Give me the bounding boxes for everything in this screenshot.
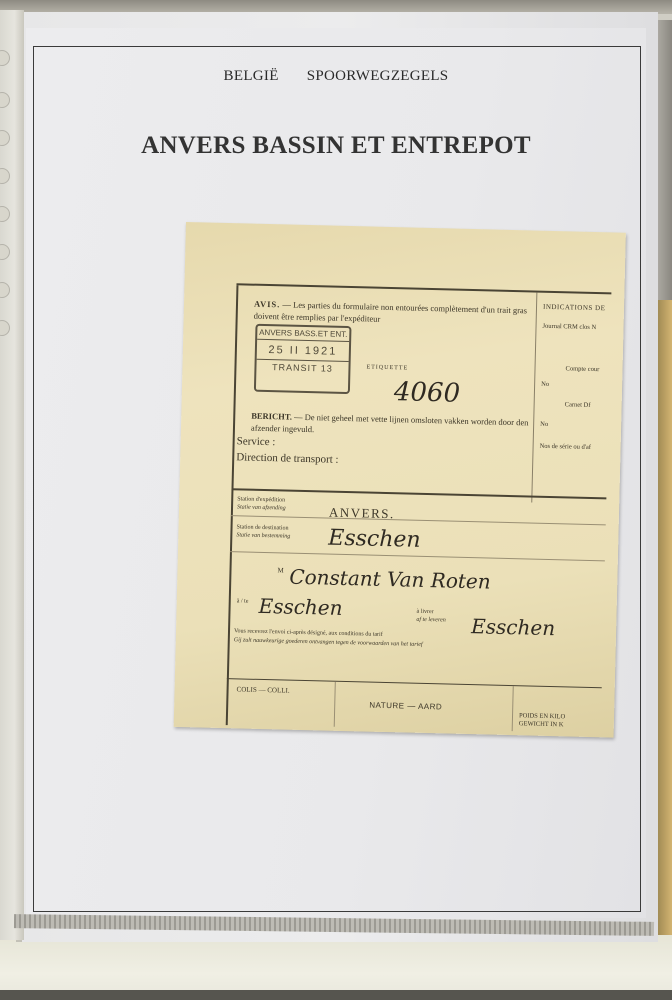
direction-label: Direction de transport : [236, 451, 339, 465]
recipient-address: Esschen [258, 594, 342, 620]
expedition-label: Station d'expédition Statie van afzendin… [237, 495, 286, 512]
page-header: BELGIË SPOORWEGZEGELS [0, 68, 672, 85]
shelf-edge [0, 990, 672, 1000]
no-label-1: No [541, 381, 549, 388]
compte-label: Compte cour [565, 365, 599, 373]
etiquette-label: ETIQUETTE [366, 364, 408, 371]
station-postmark: ANVERS BASS.ET ENT. 25 II 1921 TRANSIT 1… [254, 324, 352, 394]
destination-label: Station de destination Statie van bestem… [236, 523, 290, 540]
bericht-label: BERICHT. [251, 411, 292, 422]
indications-heading: INDICATIONS DE [543, 303, 606, 313]
livrer-label-nl: af te leveren [416, 616, 446, 625]
punch-hole [0, 320, 10, 336]
punch-hole [0, 244, 10, 260]
railway-consignment-note: AVIS. — Les parties du formulaire non en… [174, 222, 626, 738]
service-label: Service : [237, 435, 276, 448]
recipient-prefix: M [277, 566, 283, 574]
address-label: à / te [237, 598, 249, 604]
bericht-text: — De niet geheel met vette lijnen omslot… [251, 412, 529, 434]
poids-label-nl: GEWICHT IN K [519, 720, 565, 729]
colis-label: COLIS — COLLI. [236, 685, 289, 694]
avis-label: AVIS. [254, 299, 281, 310]
serie-label: Nos de série ou d'af [540, 443, 592, 451]
stamp-transit: TRANSIT 13 [256, 360, 348, 374]
avis-section: AVIS. — Les parties du formulaire non en… [231, 283, 611, 504]
livrer-label: à livrer af te leveren [416, 608, 446, 625]
indications-column: INDICATIONS DE Journal CRM clos N Compte… [531, 293, 612, 505]
header-category: SPOORWEGZEGELS [307, 68, 449, 85]
carnet-label: Carnet Df [565, 401, 591, 409]
expedition-label-nl: Statie van afzending [237, 503, 286, 512]
etiquette-number: 4060 [394, 377, 461, 409]
punch-hole [0, 206, 10, 222]
recipient-name: Constant Van Roten [289, 565, 491, 594]
bericht-notice: BERICHT. — De niet geheel met vette lijn… [251, 410, 541, 441]
journal-label: Journal CRM clos N [542, 323, 596, 331]
poids-label: POIDS EN KILO GEWICHT IN K [519, 712, 566, 729]
no-label-2: No [540, 421, 548, 428]
header-country: BELGIË [224, 68, 279, 85]
punch-hole [0, 168, 10, 184]
nature-label: NATURE — AARD [369, 701, 442, 712]
punch-hole [0, 50, 10, 66]
column-divider [334, 682, 336, 727]
destination-label-nl: Statie van bestemming [236, 531, 290, 540]
destination-station: Esschen [328, 526, 421, 553]
punch-hole [0, 92, 10, 108]
punch-hole [0, 282, 10, 298]
stamp-date: 25 II 1921 [257, 340, 349, 362]
page-title: ANVERS BASSIN ET ENTREPOT [0, 132, 672, 160]
column-divider [512, 686, 514, 731]
avis-text: — Les parties du formulaire non entourée… [254, 299, 528, 323]
